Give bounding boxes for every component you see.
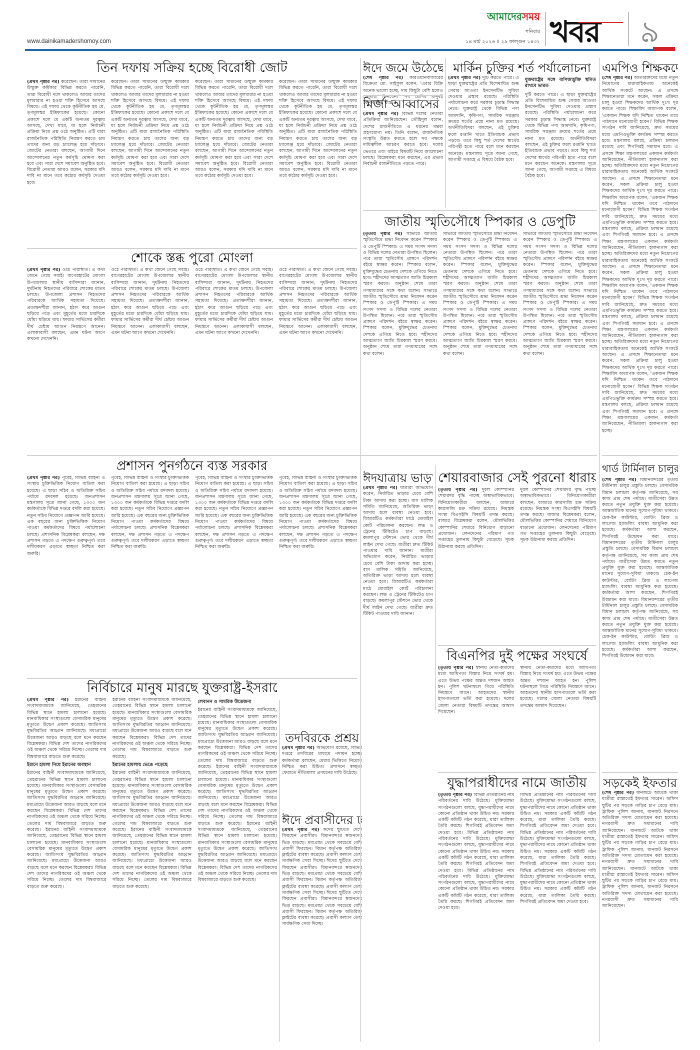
headline: এমপিও শিক্ষকদের: [602, 60, 678, 76]
story-bnp-clash: বিএনপির দুই পক্ষের সংঘর্ষে (তৃতীয় পৃষ্ঠ…: [438, 648, 596, 768]
section-underline: [578, 22, 623, 23]
story-lobbying: তদবিরকে প্রশ্রয় (প্রথম পৃষ্ঠার পর) অভিয…: [282, 730, 362, 810]
story-rule: [602, 455, 678, 456]
story-administration: প্রশাসন পুনর্গঠনে ব্যস্ত সরকার (প্রথম পৃ…: [27, 458, 357, 678]
headline: তদবিরকে প্রশ্রয়: [282, 730, 362, 746]
story-third-terminal: থার্ড টার্মিনাল চালুর (শেষ পৃষ্ঠার পর) ব…: [602, 462, 678, 762]
story-mpo-teachers: এমপিও শিক্ষকদের (শেষ পৃষ্ঠার পর) অতিরিক্…: [602, 60, 678, 450]
headline: শেয়ারবাজার সেই পুরনো ধারায়: [438, 470, 596, 488]
story-us-israel: নির্বিচারে মানুষ মারছে যুক্তরাষ্ট্র-ইসরা…: [27, 680, 277, 1040]
headline: মির্জা আব্বাসের মন্তব্যে: [363, 96, 443, 112]
divider: [545, 12, 546, 46]
headline: প্রশাসন পুনর্গঠনে ব্যস্ত সরকার: [27, 458, 357, 476]
column-rule: [435, 465, 436, 710]
story-road-iftar: সড়কেই ইফতার (শেষ পৃষ্ঠার পর) যানজটে আটক…: [602, 775, 678, 1040]
column-rule: [360, 58, 361, 1042]
divider: [628, 12, 629, 46]
headline: শোকে স্তব্ধ পুরো মোংলা: [27, 250, 357, 268]
story-opposition-alliance: তিন দফায় সক্রিয় হচ্ছে বিরোধী জোট (প্রথ…: [27, 60, 357, 246]
story-rule: [363, 95, 443, 96]
headline: ঈদে জমে উঠেছে: [363, 60, 443, 76]
headline: সড়কেই ইফতার: [602, 775, 678, 791]
issue-day: শনিবার: [436, 29, 540, 37]
newspaper-logo: আমাদেরসময়: [436, 10, 540, 27]
column-rule: [445, 58, 446, 208]
story-rule: [27, 455, 597, 456]
headline: ঈদে প্রবাসীদের ঢল: [282, 812, 362, 828]
story-mongla: শোকে স্তব্ধ পুরো মোংলা (প্রথম পৃষ্ঠার পর…: [27, 250, 357, 450]
headline: যুদ্ধাপরাধীদের নামে জাতীয়: [438, 775, 596, 793]
site-url[interactable]: www.dainikamadershomoy.com: [27, 39, 111, 45]
story-rule: [438, 772, 596, 773]
headline: মার্কিন চুক্তির শর্ত পর্যালোচনা: [448, 60, 596, 76]
story-rule: [438, 645, 596, 646]
header-accent: [653, 47, 675, 51]
story-rule: [602, 772, 678, 773]
headline: বিএনপির দুই পক্ষের সংঘর্ষে: [438, 648, 596, 666]
headline: নির্বিচারে মানুষ মারছে যুক্তরাষ্ট্র-ইসরা…: [27, 680, 277, 698]
issue-date: ১৪ মার্চ ২০২৬ ॥ ২৯ ফাল্গুন ১৪৩২: [436, 39, 540, 47]
column-rule: [279, 700, 280, 1042]
headline: থার্ড টার্মিনাল চালুর: [602, 462, 678, 478]
column-rule: [599, 58, 600, 1042]
headline: জাতীয় স্মৃতিসৌধে স্পিকার ও ডেপুটি: [363, 214, 597, 232]
headline: তিন দফায় সক্রিয় হচ্ছে বিরোধী জোট: [27, 60, 357, 78]
header-rule: [25, 49, 653, 51]
story-eid-fare: ঈদযাত্রায় ভাড়া (প্রথম পৃষ্ঠার পর) যাত্…: [363, 470, 433, 710]
story-rule: [27, 678, 357, 679]
brand-block: আমাদেরসময় শনিবার ১৪ মার্চ ২০২৬ ॥ ২৯ ফাল…: [436, 10, 540, 47]
section-name: খবর: [550, 8, 600, 59]
story-national-memorial: জাতীয় স্মৃতিসৌধে স্পিকার ও ডেপুটি (তৃতী…: [363, 214, 597, 452]
page-number: ৯: [640, 8, 659, 59]
story-war-criminals: যুদ্ধাপরাধীদের নামে জাতীয় (তৃতীয় পৃষ্ঠ…: [438, 775, 596, 1040]
story-rule: [363, 210, 597, 211]
story-share-market: শেয়ারবাজার সেই পুরনো ধারায় (তৃতীয় পৃষ…: [438, 470, 596, 640]
headline: ঈদযাত্রায় ভাড়া: [363, 470, 433, 486]
story-us-agreement: মার্কিন চুক্তির শর্ত পর্যালোচনা (প্রথম প…: [448, 60, 596, 210]
story-expatriates: ঈদে প্রবাসীদের ঢল (প্রথম পৃষ্ঠার পর) ঈদে…: [282, 812, 362, 1042]
masthead: www.dainikamadershomoy.com আমাদেরসময় শন…: [0, 0, 700, 52]
story-rule: [27, 248, 357, 249]
